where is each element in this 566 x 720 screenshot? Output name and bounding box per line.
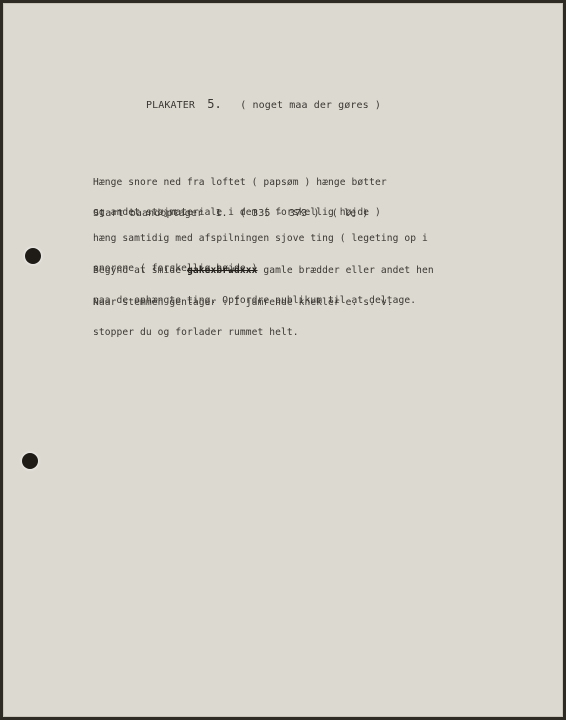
- text-line: hæng samtidig med afspilningen sjove tin…: [93, 234, 428, 244]
- title-number: 5.: [207, 97, 222, 111]
- text-line: Begynd at smide gakexbrwdxxx gamle brædd…: [93, 266, 434, 276]
- document-title: PLAKATER 5. ( noget maa der gøres ): [146, 99, 381, 111]
- text-segment: Begynd at smide: [93, 265, 187, 276]
- punch-hole-icon: [22, 453, 38, 469]
- punch-hole-icon: [25, 248, 41, 264]
- text-line: stopper du og forlader rummet helt.: [93, 328, 393, 338]
- text-segment: gamle brædder eller andet hen: [258, 265, 434, 276]
- text-line: Naar stemmen gentager : I jamrende knekl…: [93, 298, 393, 308]
- title-label: PLAKATER: [146, 100, 195, 111]
- struck-text: gakexbrwdxxx: [187, 265, 258, 276]
- document-page: PLAKATER 5. ( noget maa der gøres ) Hæng…: [3, 3, 563, 717]
- paragraph-stop-leave: Naar stemmen gentager : I jamrende knekl…: [93, 278, 393, 358]
- title-note: ( noget maa der gøres ): [240, 100, 381, 111]
- text-line: Hænge snore ned fra loftet ( papsøm ) hæ…: [93, 178, 387, 188]
